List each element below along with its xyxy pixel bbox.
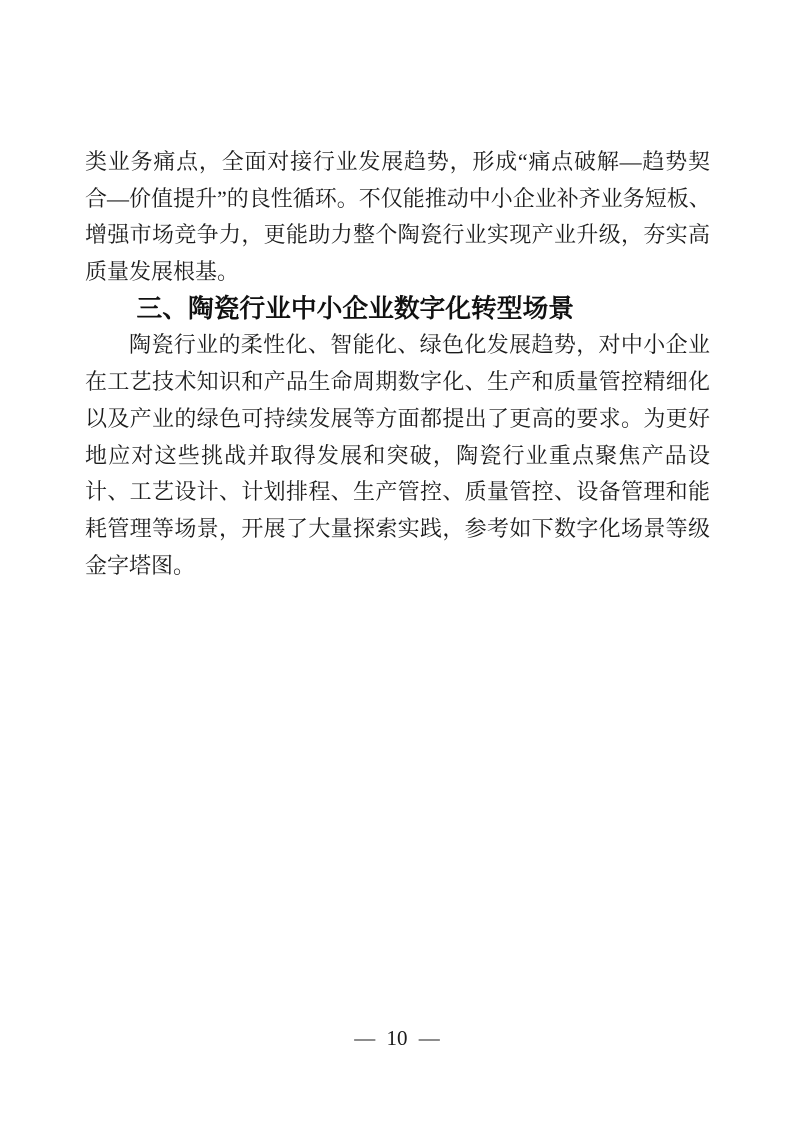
page-footer: — 10 —: [0, 1026, 794, 1050]
page-number: — 10 —: [354, 1026, 440, 1050]
paragraph-2-line-4: 地应对这些挑战并取得发展和突破，陶瓷行业重点聚焦产品设: [85, 438, 710, 475]
paragraph-1-line-2: 合—价值提升”的良性循环。不仅能推动中小企业补齐业务短板、: [85, 181, 710, 218]
paragraph-2-line-3: 以及产业的绿色可持续发展等方面都提出了更高的要求。为更好: [85, 401, 710, 438]
paragraph-2-line-7: 金字塔图。: [85, 548, 710, 585]
paragraph-2-line-5: 计、工艺设计、计划排程、生产管控、质量管控、设备管理和能: [85, 474, 710, 511]
paragraph-2-line-1: 陶瓷行业的柔性化、智能化、绿色化发展趋势，对中小企业: [85, 327, 710, 364]
document-page: 类业务痛点，全面对接行业发展趋势，形成“痛点破解—趋势契 合—价值提升”的良性循…: [0, 0, 794, 1123]
section-heading: 三、陶瓷行业中小企业数字化转型场景: [85, 291, 710, 328]
paragraph-2-line-2: 在工艺技术知识和产品生命周期数字化、生产和质量管控精细化: [85, 364, 710, 401]
paragraph-1-line-3: 增强市场竞争力，更能助力整个陶瓷行业实现产业升级，夯实高: [85, 217, 710, 254]
paragraph-2-line-6: 耗管理等场景，开展了大量探索实践，参考如下数字化场景等级: [85, 511, 710, 548]
page-body: 类业务痛点，全面对接行业发展趋势，形成“痛点破解—趋势契 合—价值提升”的良性循…: [85, 144, 710, 584]
paragraph-1-line-4: 质量发展根基。: [85, 254, 710, 291]
paragraph-1-line-1: 类业务痛点，全面对接行业发展趋势，形成“痛点破解—趋势契: [85, 144, 710, 181]
